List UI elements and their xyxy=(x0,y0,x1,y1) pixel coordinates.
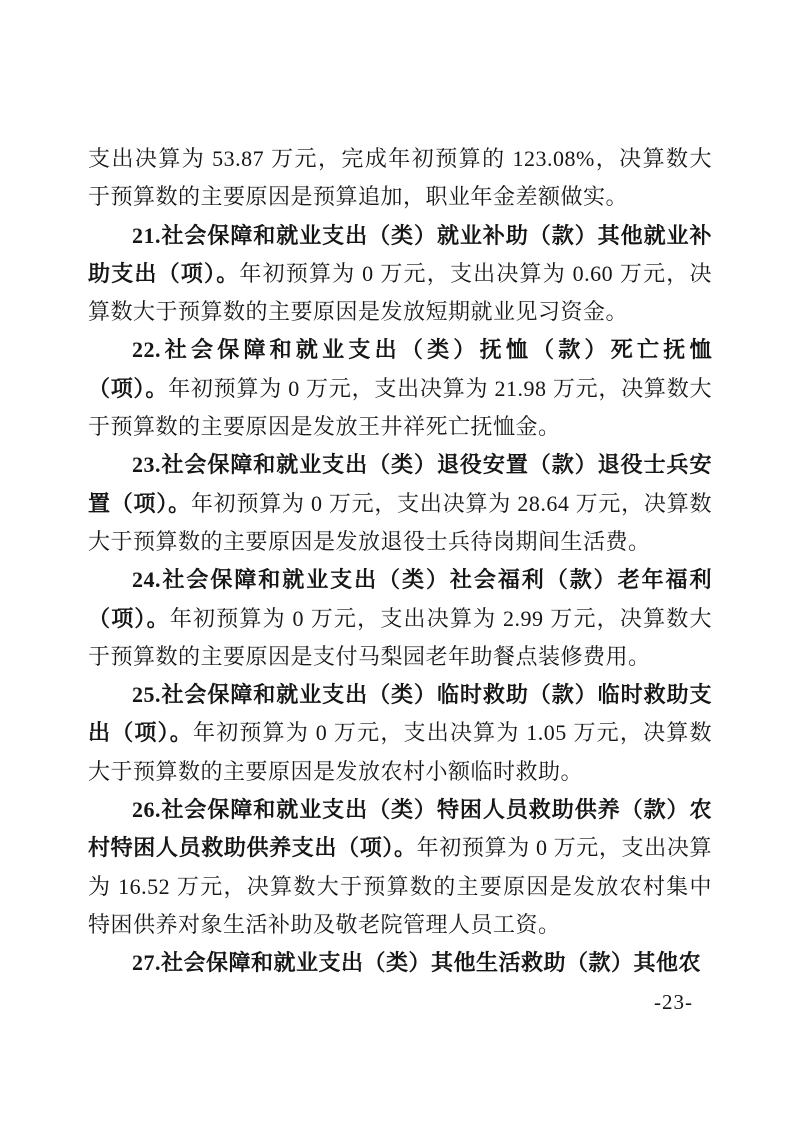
paragraph: 27.社会保障和就业支出（类）其他生活救助（款）其他农 xyxy=(88,944,712,982)
paragraph: 26.社会保障和就业支出（类）特困人员救助供养（款）农村特困人员救助供养支出（项… xyxy=(88,791,712,944)
paragraph: 25.社会保障和就业支出（类）临时救助（款）临时救助支出（项）。年初预算为 0 … xyxy=(88,676,712,791)
paragraph: 24.社会保障和就业支出（类）社会福利（款）老年福利（项）。年初预算为 0 万元… xyxy=(88,561,712,676)
document-body: 支出决算为 53.87 万元，完成年初预算的 123.08%，决算数大于预算数的… xyxy=(88,140,712,983)
document-page: 支出决算为 53.87 万元，完成年初预算的 123.08%，决算数大于预算数的… xyxy=(0,0,793,1122)
paragraph: 21.社会保障和就业支出（类）就业补助（款）其他就业补助支出（项）。年初预算为 … xyxy=(88,217,712,332)
item-text: 支出决算为 53.87 万元，完成年初预算的 123.08%，决算数大于预算数的… xyxy=(88,146,712,209)
paragraph: 23.社会保障和就业支出（类）退役安置（款）退役士兵安置（项）。年初预算为 0 … xyxy=(88,446,712,561)
paragraph: 22.社会保障和就业支出（类）抚恤（款）死亡抚恤（项）。年初预算为 0 万元，支… xyxy=(88,331,712,446)
page-number: -23- xyxy=(654,990,693,1015)
item-heading: 27.社会保障和就业支出（类）其他生活救助（款）其他农 xyxy=(132,950,701,975)
item-text: 年初预算为 0 万元，支出决算为 21.98 万元，决算数大于预算数的主要原因是… xyxy=(88,376,712,439)
paragraph: 支出决算为 53.87 万元，完成年初预算的 123.08%，决算数大于预算数的… xyxy=(88,140,712,217)
item-text: 年初预算为 0 万元，支出决算为 2.99 万元，决算数大于预算数的主要原因是支… xyxy=(88,606,712,669)
